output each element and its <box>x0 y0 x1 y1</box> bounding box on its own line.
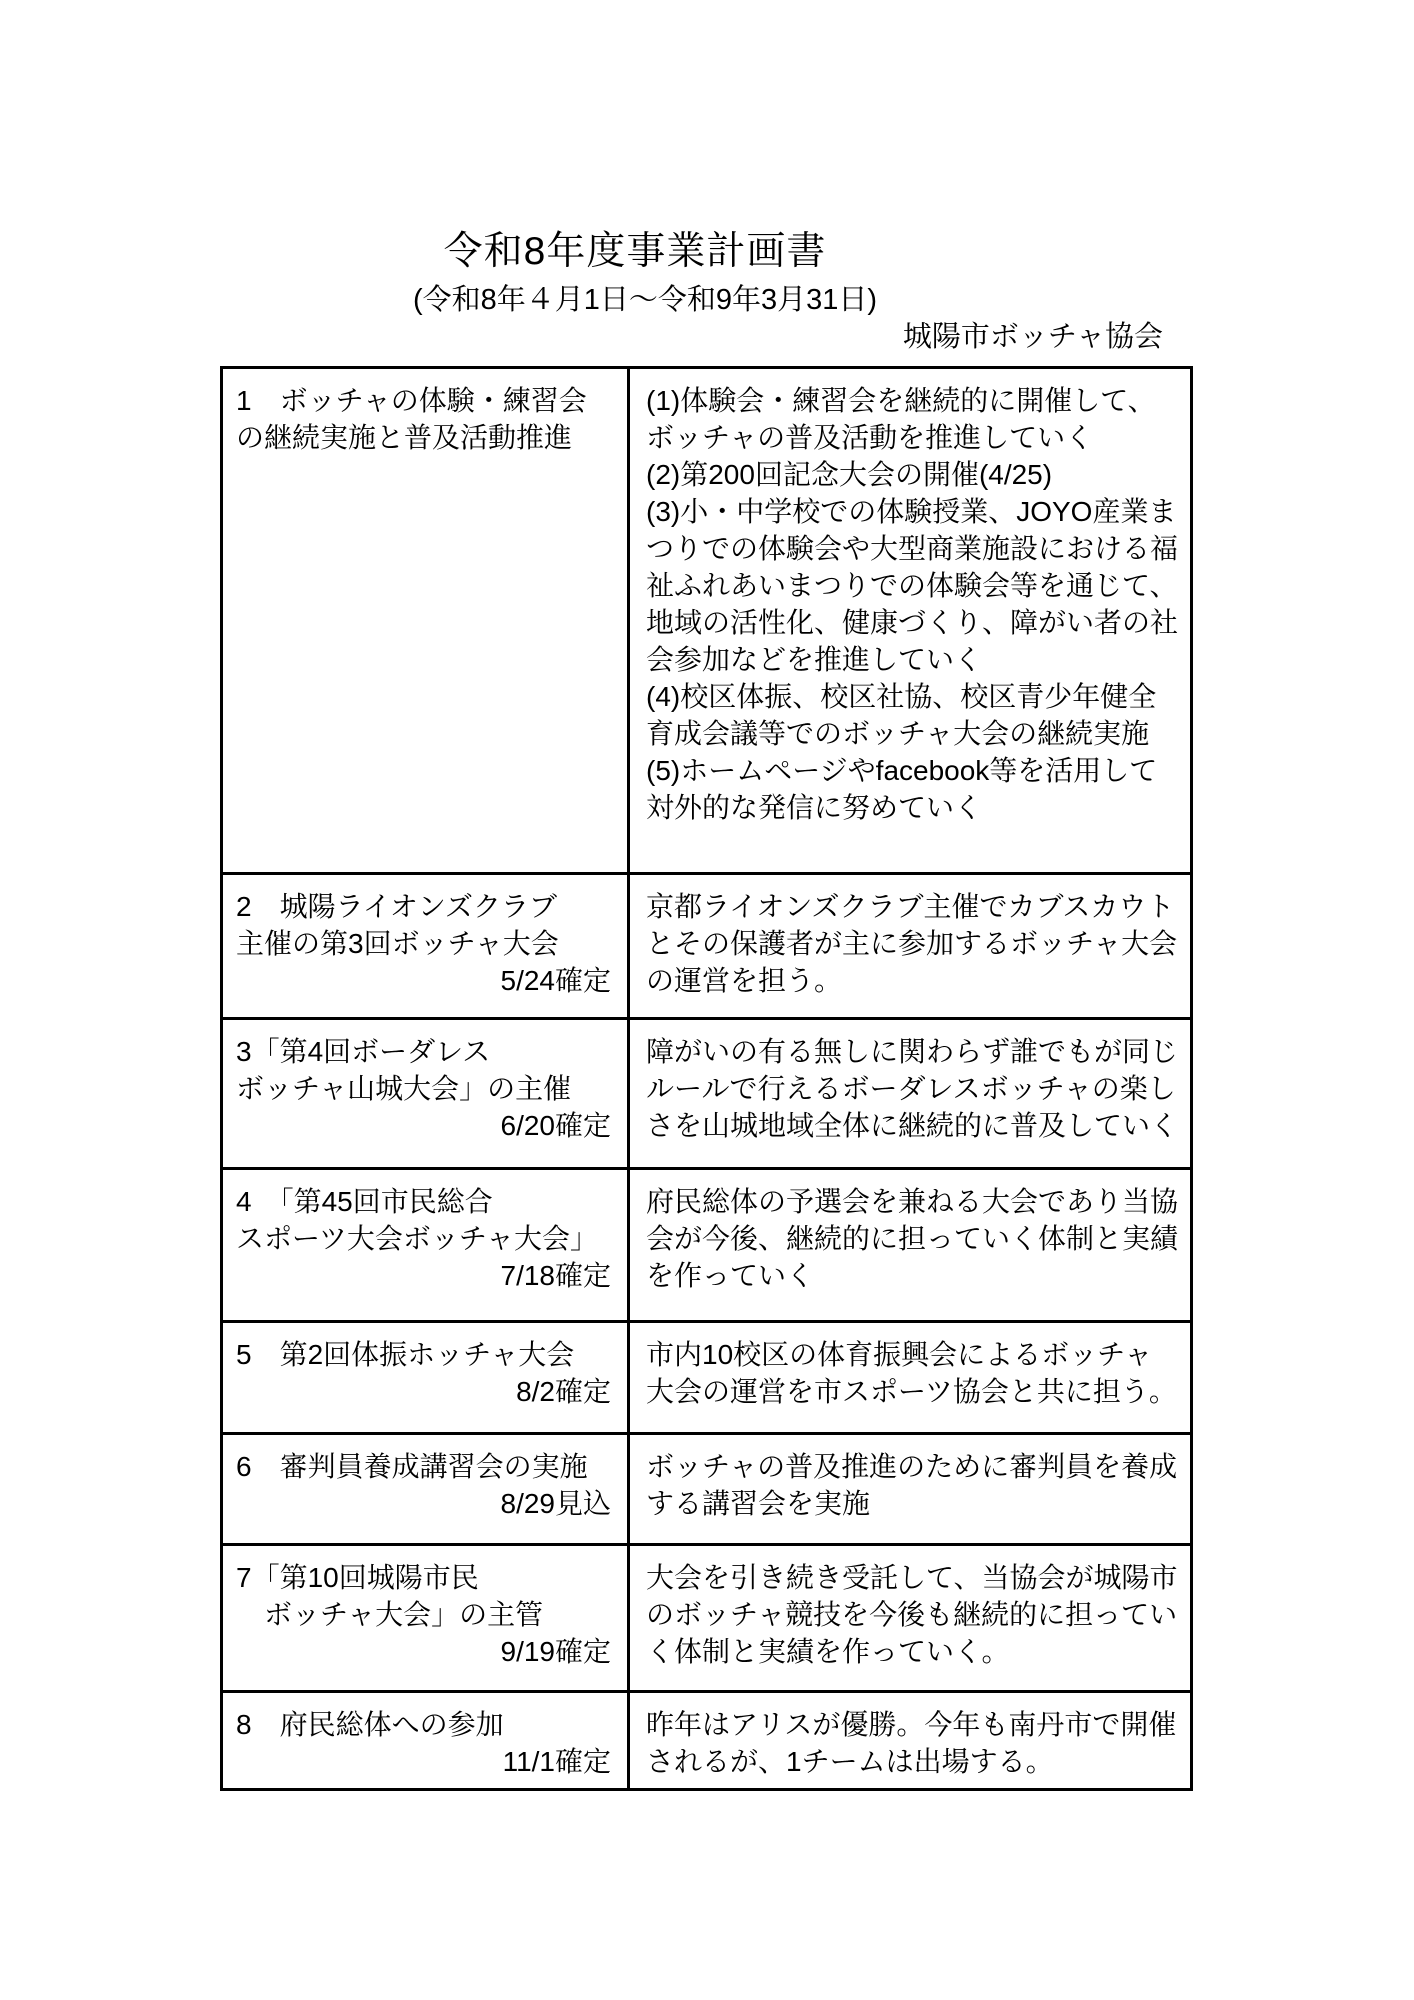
plan-item-cell: 2 城陽ライオンズクラブ 主催の第3回ボッチャ大会 5/24確定 <box>222 874 629 1019</box>
business-plan-table: 1 ボッチャの体験・練習会 の継続実施と普及活動推進 (1)体験会・練習会を継続… <box>220 366 1193 1791</box>
plan-detail-text: 昨年はアリスが優勝。今年も南丹市で開催されるが、1チームは出場する。 <box>643 1706 1180 1780</box>
document-period: (令和8年４月1日～令和9年3月31日) <box>0 277 1290 318</box>
document-title: 令和8年度事業計画書 <box>0 220 1270 276</box>
plan-item-date: 8/29見込 <box>236 1485 617 1522</box>
plan-item-date: 6/20確定 <box>236 1107 617 1144</box>
plan-detail-text: (1)体験会・練習会を継続的に開催して、ボッチャの普及活動を推進していく (2)… <box>643 382 1180 826</box>
plan-detail-cell: 大会を引き続き受託して、当協会が城陽市のボッチャ競技を今後も継続的に担っていく体… <box>629 1545 1192 1692</box>
table-row: 4 「第45回市民総合 スポーツ大会ボッチャ大会」 7/18確定 府民総体の予選… <box>222 1169 1192 1322</box>
plan-item-title: 6 審判員養成講習会の実施 <box>236 1448 617 1485</box>
plan-detail-text: ボッチャの普及推進のために審判員を養成する講習会を実施 <box>643 1448 1180 1522</box>
plan-item-cell: 1 ボッチャの体験・練習会 の継続実施と普及活動推進 <box>222 368 629 874</box>
plan-detail-text: 大会を引き続き受託して、当協会が城陽市のボッチャ競技を今後も継続的に担っていく体… <box>643 1559 1180 1670</box>
plan-detail-cell: 京都ライオンズクラブ主催でカブスカウトとその保護者が主に参加するボッチャ大会の運… <box>629 874 1192 1019</box>
plan-item-title: 1 ボッチャの体験・練習会 の継続実施と普及活動推進 <box>236 382 617 456</box>
plan-detail-cell: 市内10校区の体育振興会によるボッチャ大会の運営を市スポーツ協会と共に担う。 <box>629 1322 1192 1434</box>
plan-item-cell: 7「第10回城陽市民 ボッチャ大会」の主管 9/19確定 <box>222 1545 629 1692</box>
plan-item-date: 5/24確定 <box>236 962 617 999</box>
plan-item-cell: 4 「第45回市民総合 スポーツ大会ボッチャ大会」 7/18確定 <box>222 1169 629 1322</box>
plan-item-cell: 3「第4回ボーダレス ボッチャ山城大会」の主催 6/20確定 <box>222 1019 629 1169</box>
plan-detail-cell: 障がいの有る無しに関わらず誰でもが同じルールで行えるボーダレスボッチャの楽しさを… <box>629 1019 1192 1169</box>
plan-item-title: 7「第10回城陽市民 ボッチャ大会」の主管 <box>236 1559 617 1633</box>
plan-detail-text: 京都ライオンズクラブ主催でカブスカウトとその保護者が主に参加するボッチャ大会の運… <box>643 888 1180 999</box>
table-row: 7「第10回城陽市民 ボッチャ大会」の主管 9/19確定 大会を引き続き受託して… <box>222 1545 1192 1692</box>
plan-detail-text: 府民総体の予選会を兼ねる大会であり当協会が今後、継続的に担っていく体制と実績を作… <box>643 1183 1180 1294</box>
table-row: 6 審判員養成講習会の実施 8/29見込 ボッチャの普及推進のために審判員を養成… <box>222 1434 1192 1545</box>
plan-item-title: 8 府民総体への参加 <box>236 1706 617 1743</box>
plan-detail-text: 障がいの有る無しに関わらず誰でもが同じルールで行えるボーダレスボッチャの楽しさを… <box>643 1033 1180 1144</box>
organization-name: 城陽市ボッチャ協会 <box>0 314 1163 355</box>
plan-item-date: 9/19確定 <box>236 1633 617 1670</box>
table-row: 3「第4回ボーダレス ボッチャ山城大会」の主催 6/20確定 障がいの有る無しに… <box>222 1019 1192 1169</box>
plan-item-title: 5 第2回体振ホッチャ大会 <box>236 1336 617 1373</box>
table-row: 1 ボッチャの体験・練習会 の継続実施と普及活動推進 (1)体験会・練習会を継続… <box>222 368 1192 874</box>
plan-item-cell: 5 第2回体振ホッチャ大会 8/2確定 <box>222 1322 629 1434</box>
table-row: 5 第2回体振ホッチャ大会 8/2確定 市内10校区の体育振興会によるボッチャ大… <box>222 1322 1192 1434</box>
plan-detail-cell: 府民総体の予選会を兼ねる大会であり当協会が今後、継続的に担っていく体制と実績を作… <box>629 1169 1192 1322</box>
plan-item-title: 4 「第45回市民総合 スポーツ大会ボッチャ大会」 <box>236 1183 617 1257</box>
plan-detail-cell: (1)体験会・練習会を継続的に開催して、ボッチャの普及活動を推進していく (2)… <box>629 368 1192 874</box>
plan-detail-cell: 昨年はアリスが優勝。今年も南丹市で開催されるが、1チームは出場する。 <box>629 1692 1192 1790</box>
plan-item-cell: 6 審判員養成講習会の実施 8/29見込 <box>222 1434 629 1545</box>
plan-detail-text: 市内10校区の体育振興会によるボッチャ大会の運営を市スポーツ協会と共に担う。 <box>643 1336 1180 1410</box>
plan-item-date: 8/2確定 <box>236 1373 617 1410</box>
plan-item-date: 11/1確定 <box>236 1743 617 1780</box>
plan-item-cell: 8 府民総体への参加 11/1確定 <box>222 1692 629 1790</box>
plan-detail-cell: ボッチャの普及推進のために審判員を養成する講習会を実施 <box>629 1434 1192 1545</box>
plan-item-title: 2 城陽ライオンズクラブ 主催の第3回ボッチャ大会 <box>236 888 617 962</box>
table-row: 8 府民総体への参加 11/1確定 昨年はアリスが優勝。今年も南丹市で開催される… <box>222 1692 1192 1790</box>
plan-item-title: 3「第4回ボーダレス ボッチャ山城大会」の主催 <box>236 1033 617 1107</box>
plan-item-date: 7/18確定 <box>236 1257 617 1294</box>
table-row: 2 城陽ライオンズクラブ 主催の第3回ボッチャ大会 5/24確定 京都ライオンズ… <box>222 874 1192 1019</box>
